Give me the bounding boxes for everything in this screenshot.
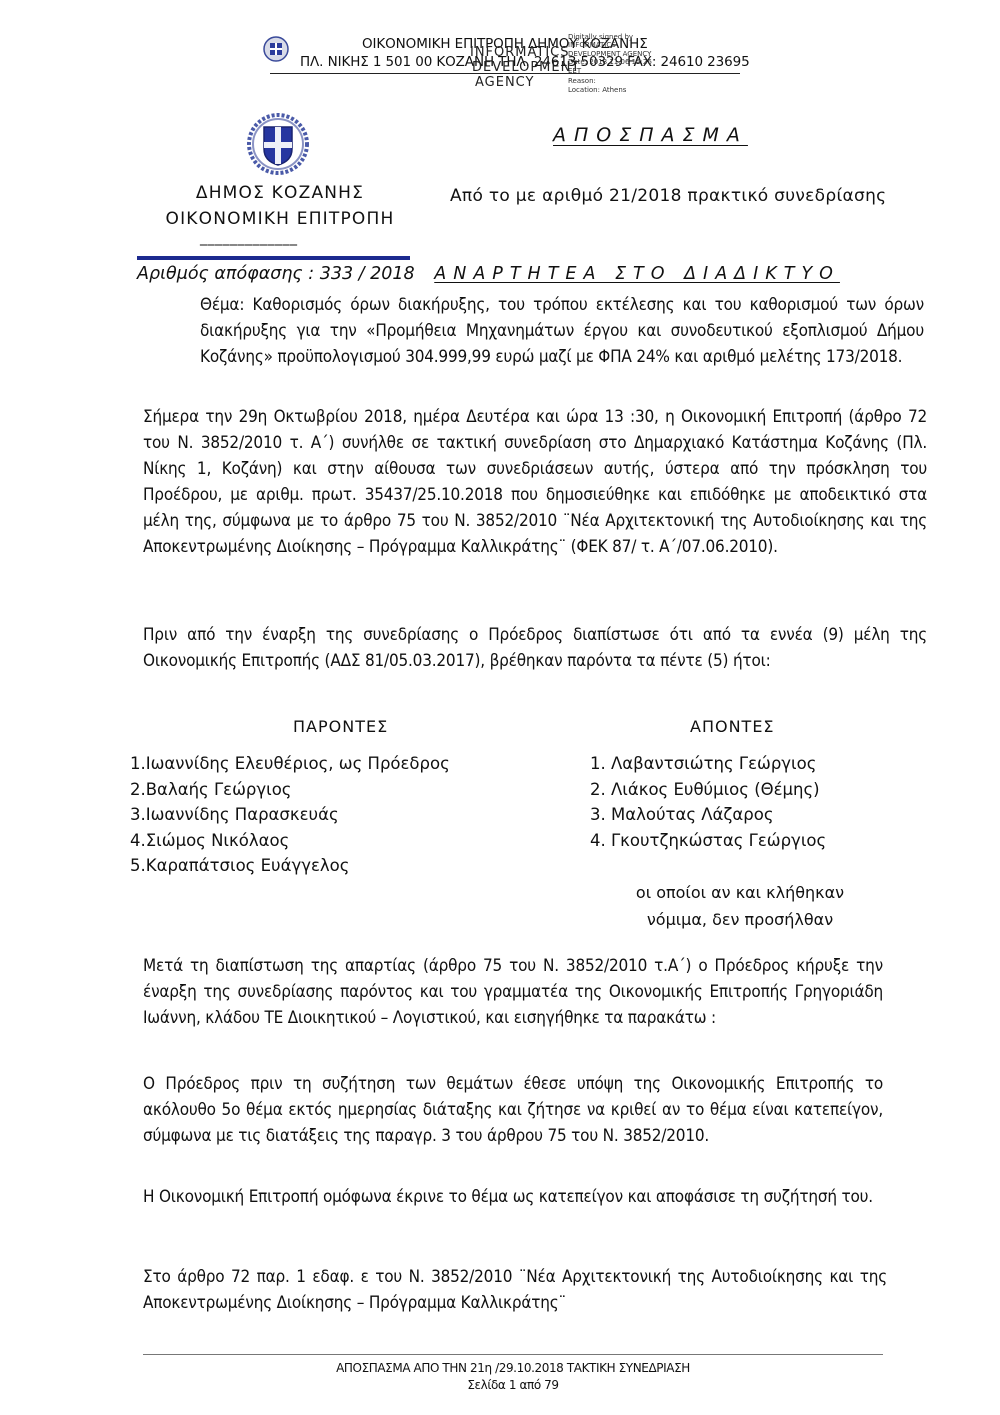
signature-reason: Reason: [568, 77, 626, 86]
document-title: ΑΠΟΣΠΑΣΜΑ [553, 124, 748, 146]
dash-separator: _____________ [200, 230, 298, 246]
stamp-text: AGENCY [475, 75, 534, 90]
body-paragraph: Ο Πρόεδρος πριν τη συζήτηση των θεμάτων … [143, 1071, 883, 1149]
body-paragraph: Μετά τη διαπίστωση της απαρτίας (άρθρο 7… [143, 953, 883, 1031]
digital-signature-reason: Reason: Location: Athens [568, 77, 626, 94]
signature-detail: EET [568, 67, 652, 75]
decision-line: Αριθμός απόφασης : 333 / 2018 ΑΝΑΡΤΗΤΕΑ … [137, 264, 840, 284]
stamp-text: DEVELOPMENT [472, 60, 580, 75]
list-item: 5.Καραπάτσιος Ευάγγελος [130, 853, 450, 879]
decision-number: Αριθμός απόφασης : 333 / 2018 [137, 264, 415, 284]
absent-note-line: οι οποίοι αν και κλήθηκαν [590, 879, 890, 906]
signature-detail: DEVELOPMENT AGENCY [568, 50, 652, 58]
body-paragraph: Η Οικονομική Επιτροπή ομόφωνα έκρινε το … [143, 1184, 883, 1210]
accent-divider [137, 256, 410, 260]
page-footer: ΑΠΟΣΠΑΣΜΑ ΑΠΟ ΤΗΝ 21η /29.10.2018 ΤΑΚΤΙΚ… [143, 1360, 883, 1394]
body-paragraph: Σήμερα την 29η Οκτωβρίου 2018, ημέρα Δευ… [143, 404, 927, 560]
signature-stamp-overlay-2: DEVELOPMENT AGENCY [472, 60, 580, 90]
signature-detail: INFORMATICS [568, 41, 652, 49]
posting-notice: ΑΝΑΡΤΗΤΕΑ ΣΤΟ ΔΙΑΔΙΚΤΥΟ [434, 264, 840, 284]
present-members-list: 1.Ιωαννίδης Ελευθέριος, ως Πρόεδρος 2.Βα… [130, 751, 450, 879]
list-item: 2.Βαλαής Γεώργιος [130, 777, 450, 803]
municipality-name: ΔΗΜΟΣ ΚΟΖΑΝΗΣ [135, 180, 425, 206]
absent-members-list: 1. Λαβαντσιώτης Γεώργιος 2. Λιάκος Ευθύμ… [590, 751, 826, 853]
list-item: 3. Μαλούτας Λάζαρος [590, 802, 826, 828]
minutes-reference: Από το με αριθμό 21/2018 πρακτικό συνεδρ… [450, 186, 886, 206]
footer-title: ΑΠΟΣΠΑΣΜΑ ΑΠΟ ΤΗΝ 21η /29.10.2018 ΤΑΚΤΙΚ… [143, 1360, 883, 1377]
committee-name: ΟΙΚΟΝΟΜΙΚΗ ΕΠΙΤΡΟΠΗ [135, 206, 425, 232]
signature-stamp-overlay: INFORMATICS [470, 45, 570, 60]
body-paragraph: Στο άρθρο 72 παρ. 1 εδαφ. ε του Ν. 3852/… [143, 1264, 887, 1316]
list-item: 1. Λαβαντσιώτης Γεώργιος [590, 751, 826, 777]
list-item: 3.Ιωαννίδης Παρασκευάς [130, 802, 450, 828]
page-number: Σελίδα 1 από 79 [143, 1377, 883, 1394]
body-paragraph: Πριν από την έναρξη της συνεδρίασης ο Πρ… [143, 622, 927, 674]
present-heading: ΠΑΡΟΝΤΕΣ [293, 717, 388, 736]
absent-note-line: νόμιμα, δεν προσήλθαν [590, 906, 890, 933]
absent-note: οι οποίοι αν και κλήθηκαν νόμιμα, δεν πρ… [590, 879, 890, 933]
digital-signature-details: Digitally signed by INFORMATICS DEVELOPM… [568, 33, 652, 75]
signature-location: Location: Athens [568, 86, 626, 95]
coat-of-arms-icon [247, 113, 309, 175]
small-coat-of-arms-icon [263, 36, 289, 62]
signature-detail: Date: 2018.11.06 15:26 [568, 58, 652, 66]
list-item: 2. Λιάκος Ευθύμιος (Θέμης) [590, 777, 826, 803]
footer-divider [143, 1354, 883, 1355]
absent-heading: ΑΠΟΝΤΕΣ [690, 717, 775, 736]
signature-detail: Digitally signed by [568, 33, 652, 41]
list-item: 4.Σιώμος Νικόλαος [130, 828, 450, 854]
stamp-text: INFORMATICS [470, 45, 570, 60]
subject-paragraph: Θέμα: Καθορισμός όρων διακήρυξης, του τρ… [200, 292, 924, 370]
list-item: 1.Ιωαννίδης Ελευθέριος, ως Πρόεδρος [130, 751, 450, 777]
municipality-block: ΔΗΜΟΣ ΚΟΖΑΝΗΣ ΟΙΚΟΝΟΜΙΚΗ ΕΠΙΤΡΟΠΗ [135, 180, 425, 232]
list-item: 4. Γκουτζηκώστας Γεώργιος [590, 828, 826, 854]
